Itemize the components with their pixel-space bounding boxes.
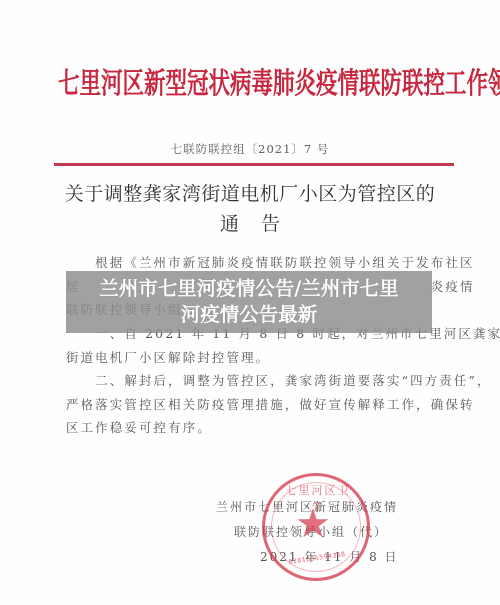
paragraph-line: 街道电机厂小区解除封控管理。 bbox=[66, 346, 444, 370]
notice-title: 关于调整龚家湾街道电机厂小区为管控区的 bbox=[0, 181, 500, 207]
headline-overlay-banner: 兰州市七里河疫情公告/兰州市七里 河疫情公告最新 bbox=[66, 271, 432, 333]
overlay-headline-line1: 兰州市七里河疫情公告/兰州市七里 bbox=[99, 276, 399, 302]
paragraph-line: 区工作稳妥可控有序。 bbox=[66, 416, 444, 440]
overlay-headline-line2: 河疫情公告最新 bbox=[181, 302, 318, 328]
paragraph-item-two: 二、解封后，调整为管控区，龚家湾街道要落实“四方责任”， 严格落实管控区相关防疫… bbox=[66, 369, 444, 440]
signature-date: 2021 年 11 月 8 日 bbox=[260, 548, 399, 565]
document-page: 七里河区新型冠状病毒肺炎疫情联防联控工作领导小组 七联防联控组〔2021〕7 号… bbox=[0, 0, 500, 605]
document-number: 七联防联控组〔2021〕7 号 bbox=[0, 141, 500, 157]
paragraph-line: 二、解封后，调整为管控区，龚家湾街道要落实“四方责任”， bbox=[66, 369, 444, 393]
notice-subtitle: 通告 bbox=[0, 211, 500, 237]
signature-org-line1: 兰州市七里河区新冠肺炎疫情 bbox=[216, 498, 398, 515]
issuing-organization-header: 七里河区新型冠状病毒肺炎疫情联防联控工作领导小组 bbox=[58, 54, 450, 116]
red-divider-rule bbox=[54, 163, 454, 166]
paragraph-line: 严格落实管控区相关防疫管理措施，做好宣传解释工作，确保转 bbox=[66, 393, 444, 417]
signature-org-line2: 联防联控领导小组（代） bbox=[234, 523, 388, 540]
